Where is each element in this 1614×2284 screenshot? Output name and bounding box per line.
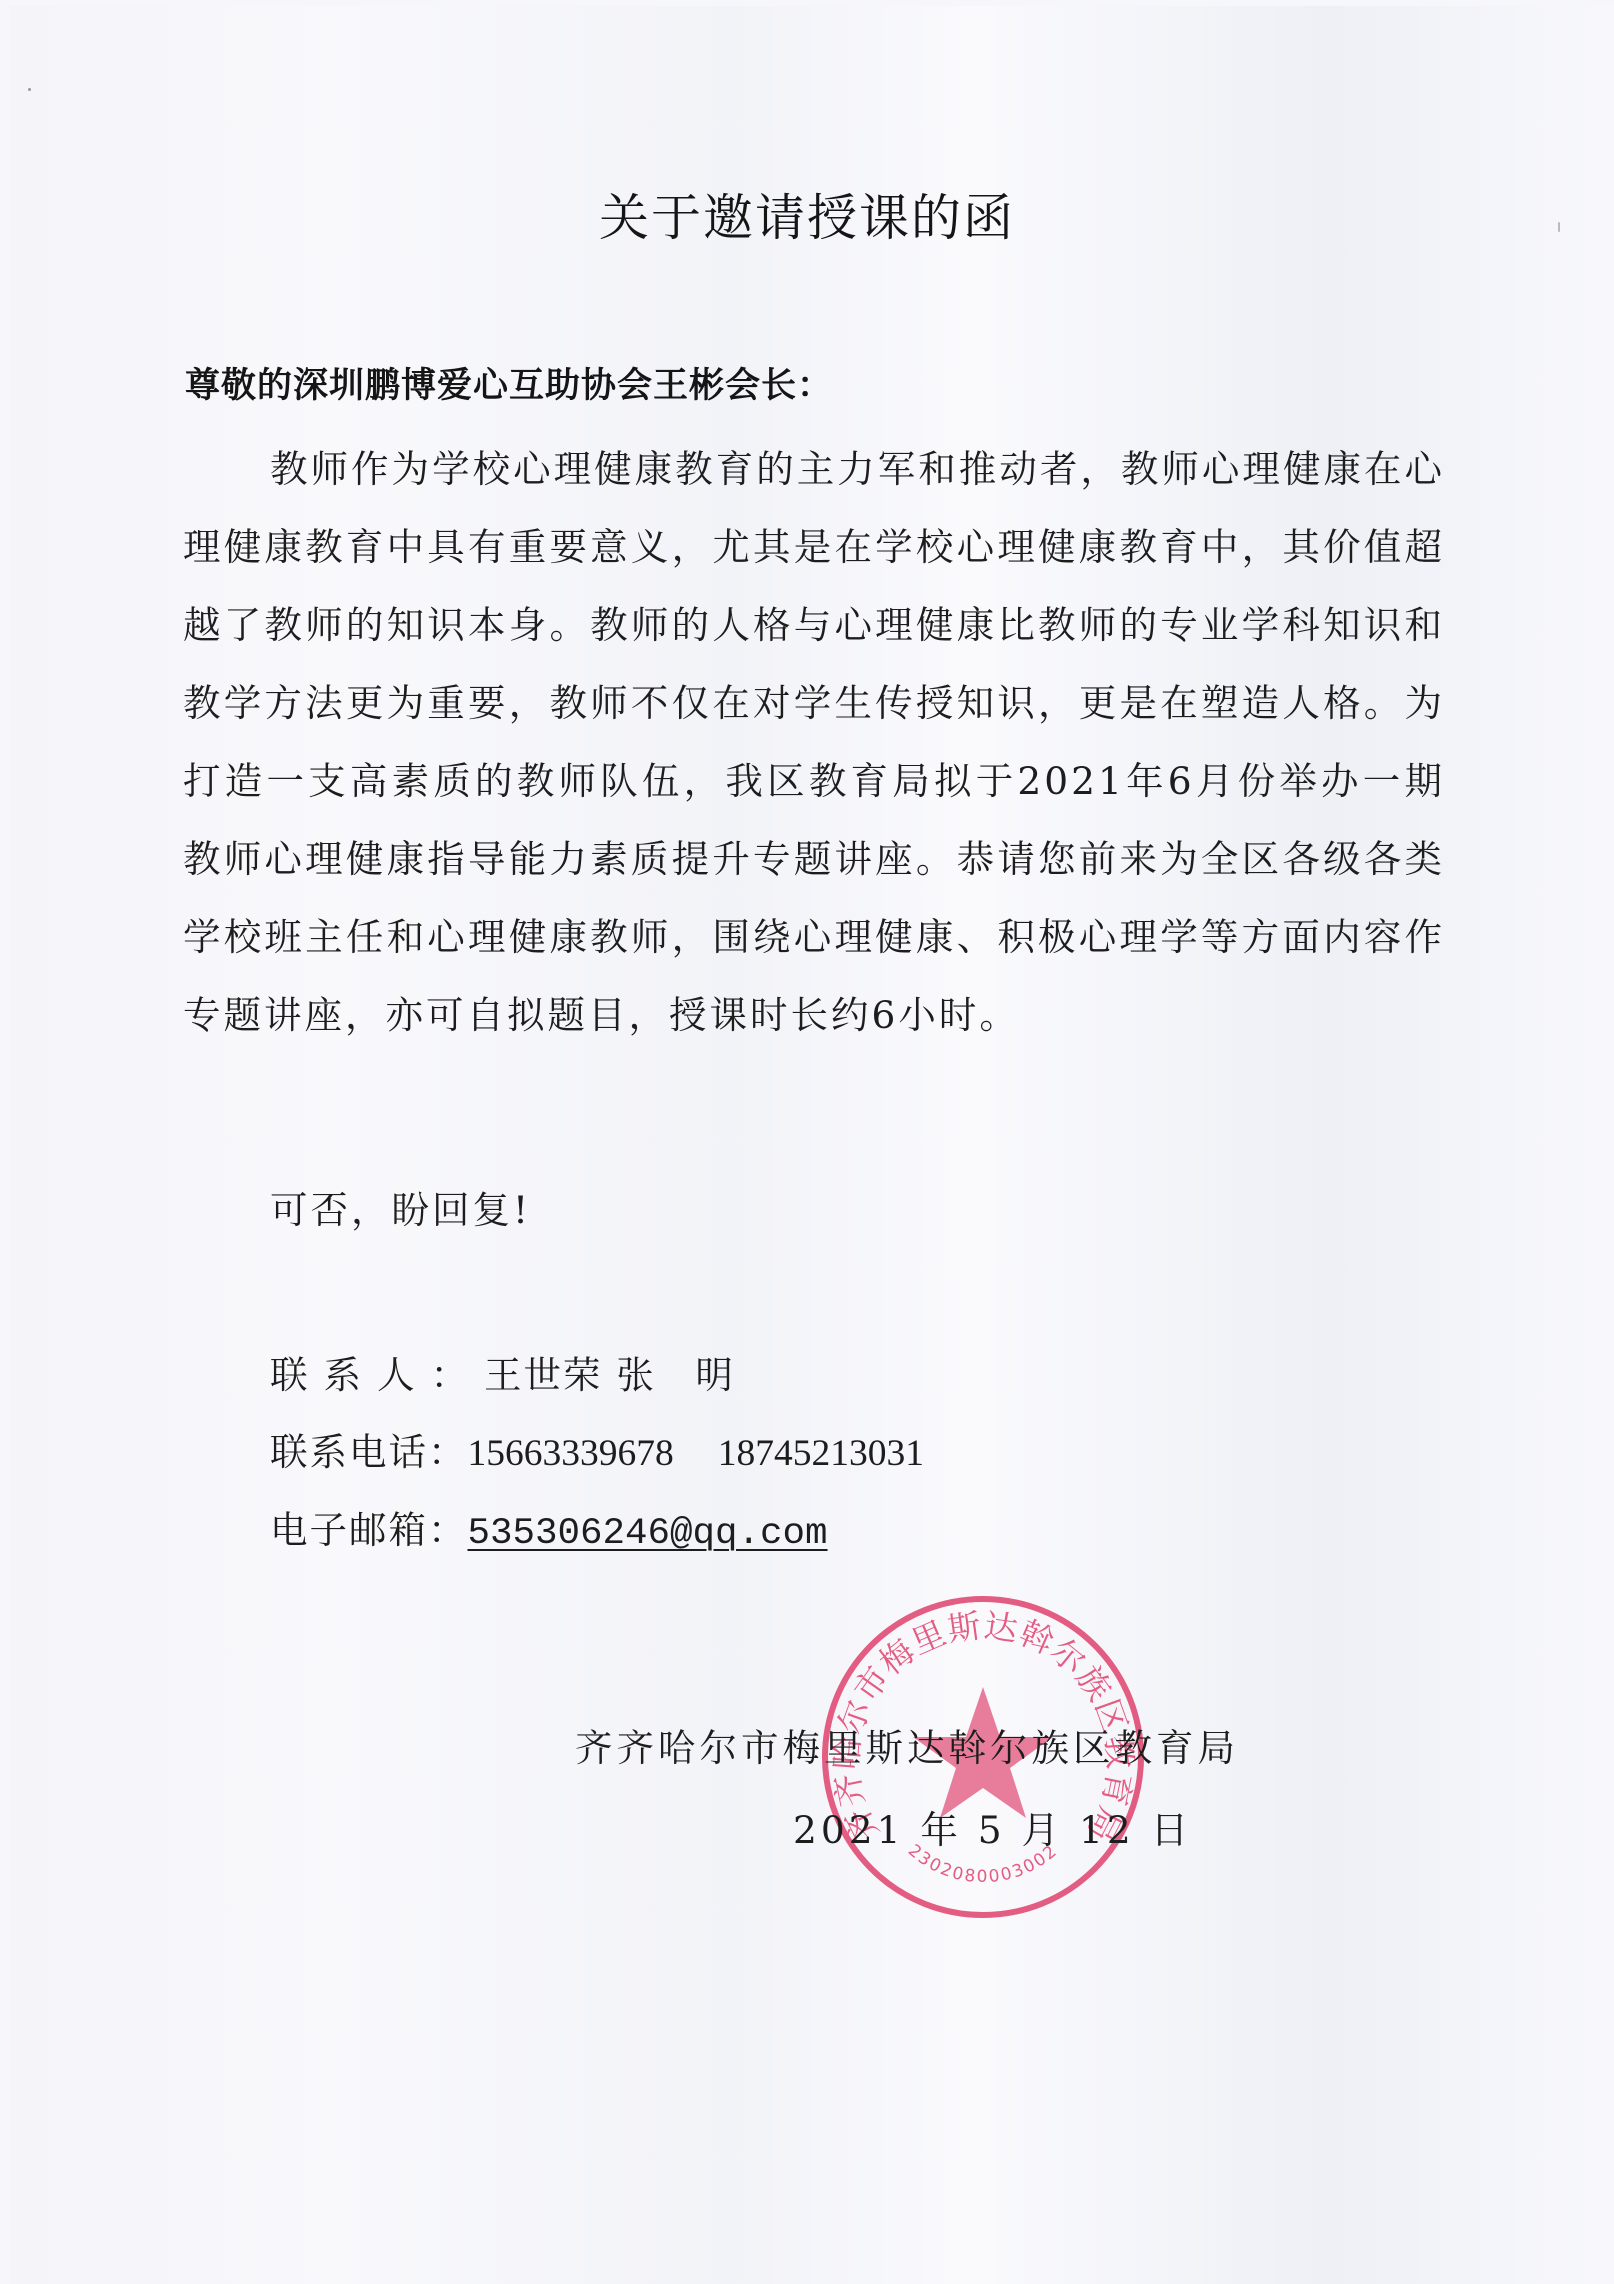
contact-email-row: 电子邮箱：535306246@qq.com xyxy=(270,1500,828,1555)
document-title: 关于邀请授课的函 xyxy=(0,178,1614,250)
paper-page xyxy=(10,6,1614,2284)
phone-number-1: 15663339678 xyxy=(468,1433,674,1474)
email-link[interactable]: 535306246@qq.com xyxy=(468,1513,828,1555)
scan-speck xyxy=(28,88,31,91)
closing-line: 可否，盼回复! xyxy=(270,1180,531,1234)
scan-speck xyxy=(1558,222,1560,232)
phone-number-2: 18745213031 xyxy=(718,1433,924,1474)
contact-email-label: 电子邮箱： xyxy=(270,1500,468,1554)
contact-phone-label: 联系电话： xyxy=(270,1422,468,1476)
contact-person-names: 王世荣 张 明 xyxy=(484,1353,735,1397)
issuing-organization: 齐齐哈尔市梅里斯达斡尔族区教育局 xyxy=(575,1718,1239,1772)
body-paragraph: 教师作为学校心理健康教育的主力军和推动者，教师心理健康在心理健康教育中具有重要意… xyxy=(183,430,1445,1054)
issue-date: 2021 年 5 月 12 日 xyxy=(793,1800,1192,1854)
contact-person-row: 联系人：王世荣 张 明 xyxy=(270,1345,735,1399)
contact-phone-row: 联系电话：1566333967818745213031 xyxy=(270,1422,924,1476)
salutation: 尊敬的深圳鹏博爱心互助协会王彬会长： xyxy=(185,358,833,408)
contact-person-label: 联系人： xyxy=(270,1345,484,1399)
